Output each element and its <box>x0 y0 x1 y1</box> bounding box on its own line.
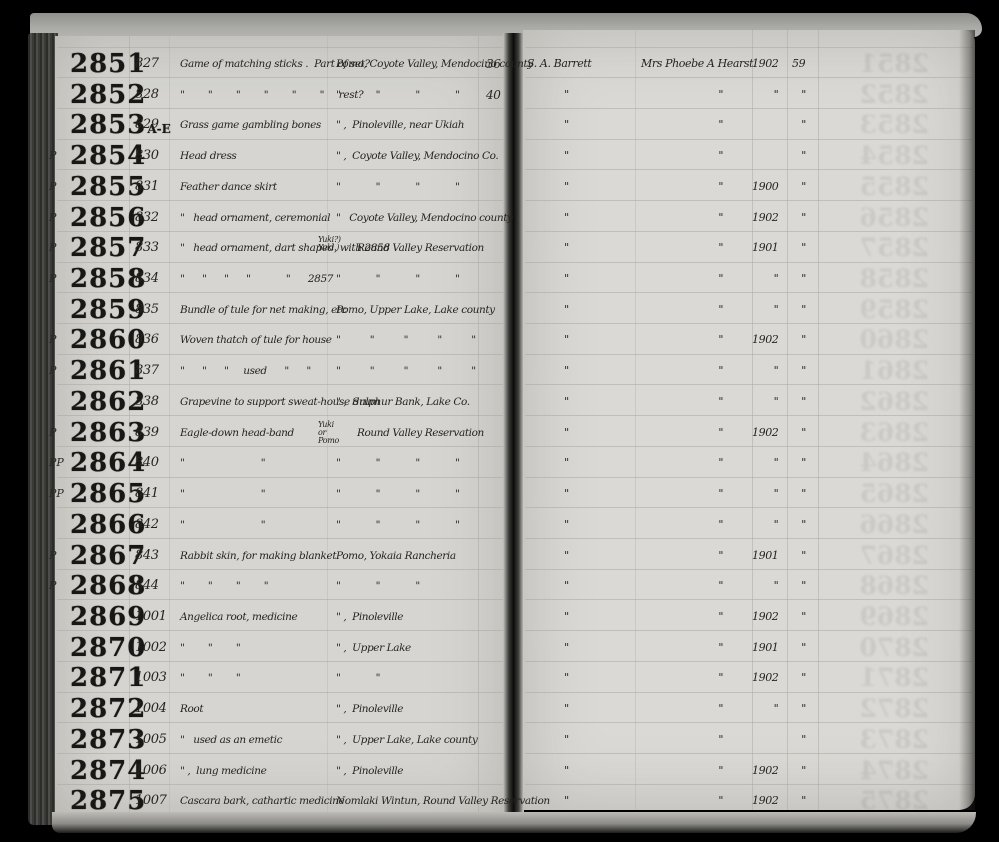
bleedthrough-ghost-number: 2861 <box>845 358 929 384</box>
bleedthrough-ghost-number: 2868 <box>845 573 929 599</box>
ledger-row: P 2858 834 " " " " " 2857 " " " " " " " … <box>0 266 999 292</box>
donor-name: " <box>641 604 723 630</box>
bleedthrough-ghost-number: 2852 <box>845 82 929 108</box>
locality: " , Sulphur Bank, Lake Co. <box>336 389 470 415</box>
accession-number: " <box>792 143 806 169</box>
bleedthrough-ghost-number: 2873 <box>845 727 929 753</box>
original-number: 830 <box>135 143 159 169</box>
original-number: 829 <box>135 112 159 138</box>
bleedthrough-ghost-number: 2870 <box>845 635 929 661</box>
object-description: Root <box>180 696 203 722</box>
year-collected: 1902 <box>752 788 778 814</box>
bleedthrough-ghost-number: 2862 <box>845 389 929 415</box>
object-description: " " <box>180 481 265 507</box>
ledger-row: 2875 1007 Cascara bark, cathartic medici… <box>0 788 999 814</box>
margin-letter: P <box>49 143 69 169</box>
original-number: 827 <box>135 51 159 77</box>
collector-name: " <box>527 420 569 446</box>
object-description: Bundle of tule for net making, etc <box>180 297 346 323</box>
ledger-row: 2873 1005 " used as an emetic " , Upper … <box>0 727 999 753</box>
accession-number: " <box>792 512 806 538</box>
object-description: Cascara bark, cathartic medicine <box>180 788 344 814</box>
accession-number: " <box>792 450 806 476</box>
accession-number: " <box>792 358 806 384</box>
margin-letter: P <box>49 327 69 353</box>
accession-number: " <box>792 573 806 599</box>
year-collected: 1900 <box>752 174 778 200</box>
accession-number: " <box>792 266 806 292</box>
locality: " " " <box>336 573 420 599</box>
year-collected: 1901 <box>752 635 778 661</box>
accession-number: " <box>792 481 806 507</box>
object-description: " " " used " " <box>180 358 311 384</box>
bleedthrough-ghost-number: 2853 <box>845 112 929 138</box>
collector-name: " <box>527 727 569 753</box>
margin-letter: P <box>49 205 69 231</box>
year-collected: 1901 <box>752 235 778 261</box>
year-collected: " <box>752 481 778 507</box>
year-collected: " <box>752 512 778 538</box>
ledger-row: 2869 1001 Angelica root, medicine " , Pi… <box>0 604 999 630</box>
donor-name: Mrs Phoebe A Hearst <box>641 51 753 77</box>
accession-number: " <box>792 420 806 446</box>
year-collected: " <box>752 389 778 415</box>
collector-name: " <box>527 758 569 784</box>
ledger-row: 2871 1003 " " " " " " " 1902 " 2871 <box>0 665 999 691</box>
donor-name: " <box>641 389 723 415</box>
original-number: 1003 <box>135 665 166 691</box>
object-description: Feather dance skirt <box>180 174 277 200</box>
collector-name: " <box>527 327 569 353</box>
ledger-row: P 2855 831 Feather dance skirt " " " " "… <box>0 174 999 200</box>
count-number: 40 <box>486 82 500 108</box>
donor-name: " <box>641 696 723 722</box>
donor-name: " <box>641 420 723 446</box>
locality: " , Pinoleville <box>336 604 403 630</box>
collector-name: " <box>527 604 569 630</box>
bleedthrough-ghost-number: 2871 <box>845 665 929 691</box>
accession-number: " <box>792 543 806 569</box>
collector-name: " <box>527 235 569 261</box>
original-number: 1001 <box>135 604 166 630</box>
year-collected: " <box>752 297 778 323</box>
accession-number: " <box>792 727 806 753</box>
donor-name: " <box>641 788 723 814</box>
collector-name: " <box>527 389 569 415</box>
bleedthrough-ghost-number: 2857 <box>845 235 929 261</box>
original-number: 833 <box>135 235 159 261</box>
accession-number: " <box>792 327 806 353</box>
locality: " Coyote Valley, Mendocino county <box>336 205 513 231</box>
locality: " , Pinoleville, near Ukiah <box>336 112 464 138</box>
locality: " , Pinoleville <box>336 758 403 784</box>
margin-letter: P <box>49 266 69 292</box>
donor-name: " <box>641 358 723 384</box>
accession-number: " <box>792 174 806 200</box>
accession-number: " <box>792 665 806 691</box>
ledger-row: 2862 838 Grapevine to support sweat-hous… <box>0 389 999 415</box>
collector-name: " <box>527 696 569 722</box>
ledger-row: 2852 828 " " " " " " rest? " " " " 40 " … <box>0 82 999 108</box>
locality: Pomo, Upper Lake, Lake county <box>336 297 495 323</box>
ledger-row: P 2856 832 " head ornament, ceremonial "… <box>0 205 999 231</box>
locality-note: YukiorPomo <box>318 421 339 445</box>
year-collected: 1902 <box>752 758 778 784</box>
object-description: Rabbit skin, for making blanket <box>180 543 336 569</box>
bleedthrough-ghost-number: 2869 <box>845 604 929 630</box>
locality: " , Upper Lake <box>336 635 411 661</box>
object-description: Head dress <box>180 143 236 169</box>
year-collected: 1902 <box>752 51 778 77</box>
original-number: 844 <box>135 573 159 599</box>
locality: " " " " <box>336 450 459 476</box>
donor-name: " <box>641 174 723 200</box>
accession-number: " <box>792 297 806 323</box>
ledger-row: P 2863 839 Eagle-down head-band YukiorPo… <box>0 420 999 446</box>
original-number: 835 <box>135 297 159 323</box>
ledger-row: PP 2865 841 " " " " " " " " " " 2865 <box>0 481 999 507</box>
accession-number: " <box>792 696 806 722</box>
original-number: 840 <box>135 450 159 476</box>
original-number: 838 <box>135 389 159 415</box>
bleedthrough-ghost-number: 2856 <box>845 205 929 231</box>
object-description: " used as an emetic <box>180 727 282 753</box>
year-collected: " <box>752 573 778 599</box>
bleedthrough-ghost-number: 2872 <box>845 696 929 722</box>
year-collected: 1902 <box>752 327 778 353</box>
donor-name: " <box>641 481 723 507</box>
bleedthrough-ghost-number: 2854 <box>845 143 929 169</box>
donor-name: " <box>641 543 723 569</box>
accession-number: " <box>792 235 806 261</box>
locality: " " " " <box>336 266 459 292</box>
locality-note: Yuki?)Yuki.) <box>318 236 341 252</box>
object-description: " " " <box>180 635 240 661</box>
year-collected: 1902 <box>752 665 778 691</box>
accession-number: " <box>792 82 806 108</box>
donor-name: " <box>641 82 723 108</box>
bleedthrough-ghost-number: 2860 <box>845 327 929 353</box>
original-number: 1007 <box>135 788 166 814</box>
ledger-row: 2874 1006 " , lung medicine " , Pinolevi… <box>0 758 999 784</box>
collector-name: " <box>527 82 569 108</box>
donor-name: " <box>641 727 723 753</box>
year-collected: " <box>752 696 778 722</box>
margin-letter: P <box>49 235 69 261</box>
donor-name: " <box>641 297 723 323</box>
collector-name: " <box>527 266 569 292</box>
original-number: 834 <box>135 266 159 292</box>
year-collected: 1902 <box>752 604 778 630</box>
original-number: 837 <box>135 358 159 384</box>
original-number: 1006 <box>135 758 166 784</box>
object-description: Woven thatch of tule for house <box>180 327 332 353</box>
locality: " " " " <box>336 481 459 507</box>
accession-number: " <box>792 205 806 231</box>
original-number: 836 <box>135 327 159 353</box>
collector-name: " <box>527 573 569 599</box>
year-collected: " <box>752 358 778 384</box>
accession-number: " <box>792 788 806 814</box>
locality: " " " " " <box>336 327 476 353</box>
locality: Pomo, Coyote Valley, Mendocino county <box>336 51 533 77</box>
bleedthrough-ghost-number: 2874 <box>845 758 929 784</box>
bleedthrough-ghost-number: 2851 <box>845 51 929 77</box>
donor-name: " <box>641 635 723 661</box>
year-collected: " <box>752 266 778 292</box>
object-description: " head ornament, ceremonial <box>180 205 330 231</box>
locality: " " " " <box>336 82 459 108</box>
object-description: " " " " <box>180 573 268 599</box>
locality: Round Valley Reservation <box>357 235 484 261</box>
ledger-photo: 2851 827 Game of matching sticks . Part … <box>0 0 999 842</box>
margin-letter: P <box>49 543 69 569</box>
year-collected: 1902 <box>752 205 778 231</box>
donor-name: " <box>641 450 723 476</box>
object-description: " " " <box>180 665 240 691</box>
ledger-row: P 2861 837 " " " used " " " " " " " " " … <box>0 358 999 384</box>
bleedthrough-ghost-number: 2858 <box>845 266 929 292</box>
margin-letter: P <box>49 420 69 446</box>
ledger-row: P 2854 830 Head dress " , Coyote Valley,… <box>0 143 999 169</box>
object-description: " " <box>180 450 265 476</box>
original-number: 1002 <box>135 635 166 661</box>
donor-name: " <box>641 512 723 538</box>
locality: " " " " <box>336 512 459 538</box>
bleedthrough-ghost-number: 2864 <box>845 450 929 476</box>
ledger-row: 2859 835 Bundle of tule for net making, … <box>0 297 999 323</box>
locality: " , Upper Lake, Lake county <box>336 727 477 753</box>
ledger-row: P 2867 843 Rabbit skin, for making blank… <box>0 543 999 569</box>
ledger-row: P 2857 833 " head ornament, dart shaped,… <box>0 235 999 261</box>
original-number: 832 <box>135 205 159 231</box>
object-description: Angelica root, medicine <box>180 604 297 630</box>
object-description: " " " " " 2857 <box>180 266 333 292</box>
bleedthrough-ghost-number: 2865 <box>845 481 929 507</box>
ledger-row: 2851 827 Game of matching sticks . Part … <box>0 51 999 77</box>
original-number: 831 <box>135 174 159 200</box>
collector-name: " <box>527 512 569 538</box>
collector-name: " <box>527 174 569 200</box>
bleedthrough-ghost-number: 2855 <box>845 174 929 200</box>
locality: " " " " " <box>336 358 476 384</box>
collector-name: " <box>527 543 569 569</box>
bleedthrough-ghost-number: 2866 <box>845 512 929 538</box>
original-number: 843 <box>135 543 159 569</box>
ledger-row: 2870 1002 " " " " , Upper Lake " " 1901 … <box>0 635 999 661</box>
original-number: 1004 <box>135 696 166 722</box>
collector-name: " <box>527 358 569 384</box>
original-number: 1005 <box>135 727 166 753</box>
ledger-row: P 2868 844 " " " " " " " " " " " 2868 <box>0 573 999 599</box>
collector-name: " <box>527 143 569 169</box>
locality: " " " " <box>336 174 459 200</box>
ledger-row: 2866 842 " " " " " " " " " " 2866 <box>0 512 999 538</box>
donor-name: " <box>641 327 723 353</box>
collector-name: " <box>527 665 569 691</box>
accession-number: " <box>792 389 806 415</box>
margin-letter: P <box>49 174 69 200</box>
year-collected: " <box>752 82 778 108</box>
ledger-rows: 2851 827 Game of matching sticks . Part … <box>0 0 999 842</box>
collector-name: " <box>527 112 569 138</box>
ledger-row: 2853A-E 829 Grass game gambling bones " … <box>0 112 999 138</box>
donor-name: " <box>641 143 723 169</box>
year-collected: 1901 <box>752 543 778 569</box>
ledger-row: P 2860 836 Woven thatch of tule for hous… <box>0 327 999 353</box>
original-number: 828 <box>135 82 159 108</box>
margin-letter: PP <box>49 481 69 507</box>
object-description: " , lung medicine <box>180 758 266 784</box>
ledger-row: 2872 1004 Root " , Pinoleville " " " " 2… <box>0 696 999 722</box>
donor-name: " <box>641 266 723 292</box>
locality: Nomlaki Wintun, Round Valley Reservation <box>336 788 550 814</box>
locality: Pomo, Yokaia Rancheria <box>336 543 456 569</box>
bleedthrough-ghost-number: 2875 <box>845 788 929 814</box>
object-description: " " <box>180 512 265 538</box>
donor-name: " <box>641 758 723 784</box>
year-collected: 1902 <box>752 420 778 446</box>
bleedthrough-ghost-number: 2867 <box>845 543 929 569</box>
accession-number: " <box>792 635 806 661</box>
donor-name: " <box>641 573 723 599</box>
locality: Round Valley Reservation <box>357 420 484 446</box>
bleedthrough-ghost-number: 2859 <box>845 297 929 323</box>
donor-name: " <box>641 665 723 691</box>
locality: " " <box>336 665 380 691</box>
collector-name: " <box>527 205 569 231</box>
accession-number: " <box>792 604 806 630</box>
original-number: 842 <box>135 512 159 538</box>
margin-letter: P <box>49 573 69 599</box>
margin-letter: P <box>49 358 69 384</box>
object-description: Eagle-down head-band <box>180 420 294 446</box>
collector-name: " <box>527 788 569 814</box>
margin-letter: PP <box>49 450 69 476</box>
ledger-row: PP 2864 840 " " " " " " " " " " 2864 <box>0 450 999 476</box>
collector-name: " <box>527 297 569 323</box>
collector-name: " <box>527 450 569 476</box>
year-collected: " <box>752 450 778 476</box>
locality: " , Pinoleville <box>336 696 403 722</box>
original-number: 839 <box>135 420 159 446</box>
locality: " , Coyote Valley, Mendocino Co. <box>336 143 498 169</box>
donor-name: " <box>641 235 723 261</box>
collector-name: S. A. Barrett <box>527 51 591 77</box>
donor-name: " <box>641 112 723 138</box>
accession-number: " <box>792 758 806 784</box>
collector-name: " <box>527 481 569 507</box>
original-number: 841 <box>135 481 159 507</box>
object-description: Grass game gambling bones <box>180 112 321 138</box>
count-number: 36 <box>486 51 500 77</box>
bleedthrough-ghost-number: 2863 <box>845 420 929 446</box>
donor-name: " <box>641 205 723 231</box>
collector-name: " <box>527 635 569 661</box>
accession-number: " <box>792 112 806 138</box>
accession-number: 59 <box>792 51 805 77</box>
